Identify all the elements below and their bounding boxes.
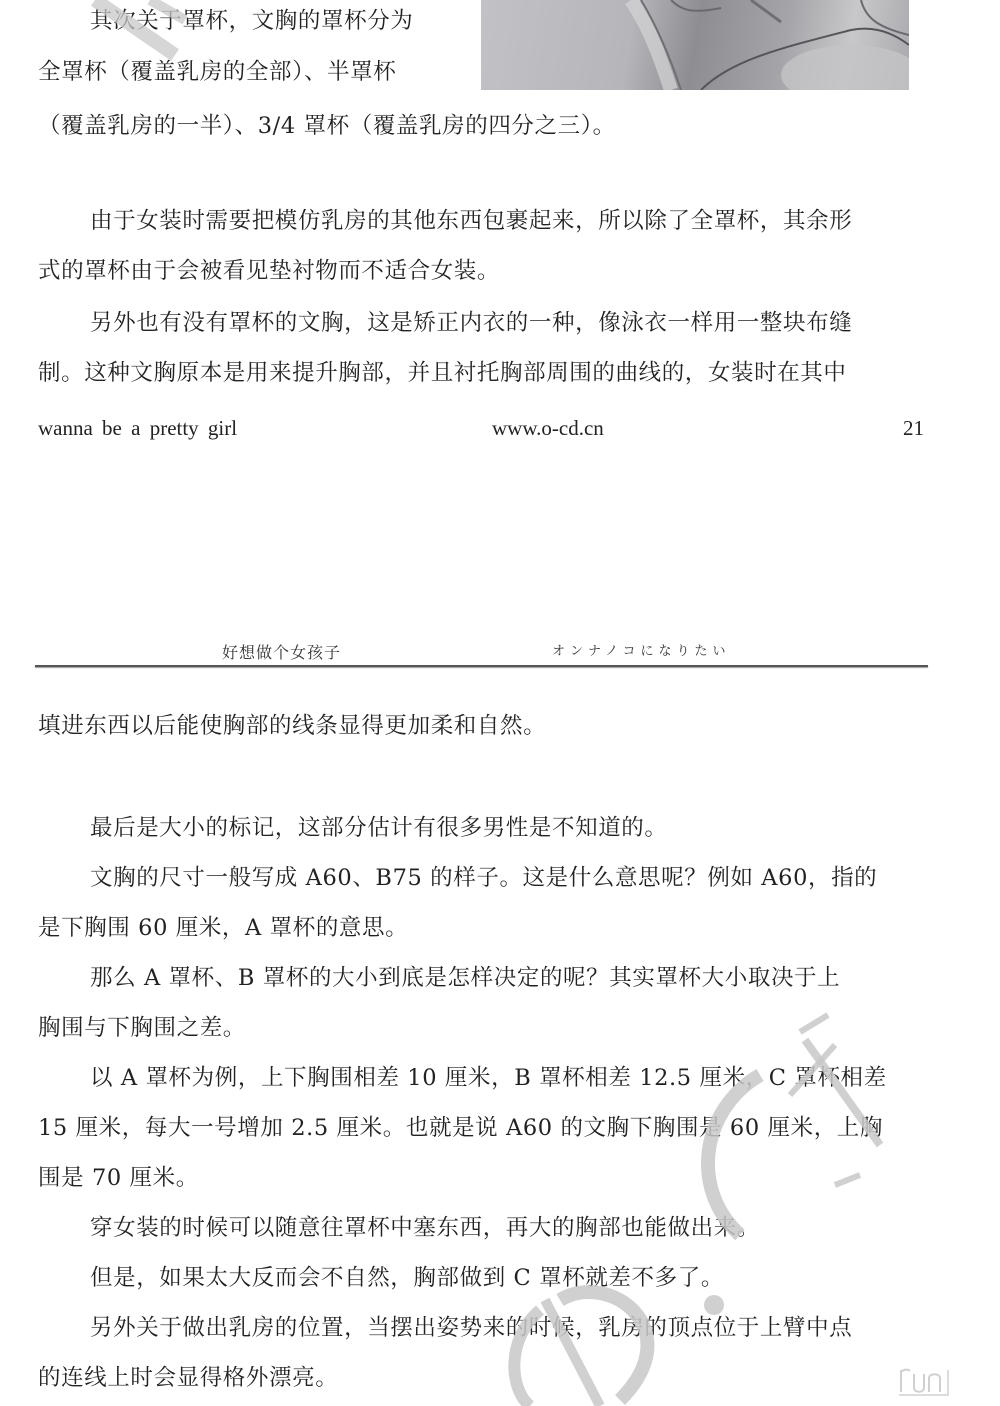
paragraph-line: 以 A 罩杯为例，上下胸围相差 10 厘米，B 罩杯相差 12.5 厘米，C 罩…: [90, 1063, 887, 1093]
paragraph-line: 围是 70 厘米。: [38, 1163, 199, 1193]
paragraph-line: 最后是大小的标记，这部分估计有很多男性是不知道的。: [90, 813, 668, 843]
paragraph-line: 式的罩杯由于会被看见垫衬物而不适合女装。: [38, 256, 500, 286]
paragraph-line: 另外关于做出乳房的位置，当摆出姿势来的时候，乳房的顶点位于上臂中点: [90, 1313, 852, 1343]
paragraph-line: 穿女装的时候可以随意往罩杯中塞东西，再大的胸部也能做出来。: [90, 1213, 760, 1243]
paragraph-line: 另外也有没有罩杯的文胸，这是矫正内衣的一种，像泳衣一样用一整块布缝: [90, 308, 852, 338]
paragraph-line: 全罩杯（覆盖乳房的全部）、半罩杯: [38, 57, 396, 87]
footer-website: www.o-cd.cn: [492, 416, 604, 441]
running-header-japanese: オンナノコになりたい: [552, 640, 730, 659]
paragraph-line: 由于女装时需要把模仿乳房的其他东西包裹起来，所以除了全罩杯，其余形: [90, 206, 852, 236]
paragraph-line: 但是，如果太大反而会不自然，胸部做到 C 罩杯就差不多了。: [90, 1263, 724, 1293]
header-divider: [35, 665, 928, 667]
footer-title: wanna be a pretty girl: [38, 416, 237, 441]
page-number: 21: [903, 416, 924, 441]
run-logo-icon: [898, 1366, 950, 1398]
bra-photo: [481, 0, 909, 90]
paragraph-line: （覆盖乳房的一半）、3/4 罩杯（覆盖乳房的四分之三）。: [38, 111, 616, 141]
paragraph-line: 文胸的尺寸一般写成 A60、B75 的样子。这是什么意思呢？例如 A60，指的: [90, 863, 877, 893]
paragraph-line: 胸围与下胸围之差。: [38, 1013, 246, 1043]
paragraph-line: 其次关于罩杯，文胸的罩杯分为: [90, 6, 413, 36]
running-header-chinese: 好想做个女孩子: [222, 640, 341, 663]
page-21-fragment: 其次关于罩杯，文胸的罩杯分为 全罩杯（覆盖乳房的全部）、半罩杯 （覆盖乳房的一半…: [0, 0, 1000, 470]
paragraph-line: 是下胸围 60 厘米，A 罩杯的意思。: [38, 913, 408, 943]
bra-photo-illustration: [481, 0, 909, 90]
paragraph-line: 制。这种文胸原本是用来提升胸部，并且衬托胸部周围的曲线的，女装时在其中: [38, 358, 847, 388]
paragraph-line: 15 厘米，每大一号增加 2.5 厘米。也就是说 A60 的文胸下胸围是 60 …: [38, 1113, 883, 1143]
paragraph-line: 那么 A 罩杯、B 罩杯的大小到底是怎样决定的呢？其实罩杯大小取决于上: [90, 963, 840, 993]
paragraph-line: 填进东西以后能使胸部的线条显得更加柔和自然。: [38, 711, 546, 741]
paragraph-line: 的连线上时会显得格外漂亮。: [38, 1363, 338, 1393]
